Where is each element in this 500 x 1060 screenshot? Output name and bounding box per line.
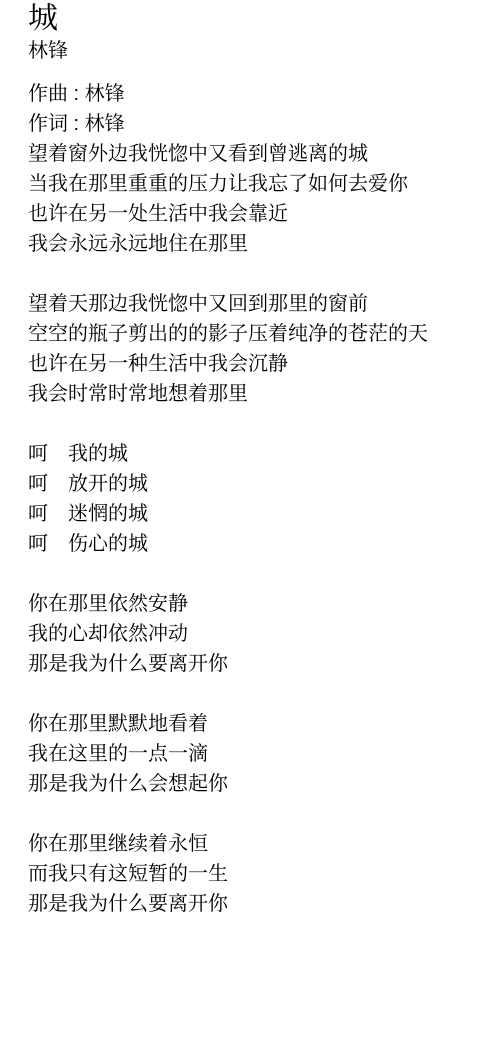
stanza-3: 呵 我的城 呵 放开的城 呵 迷惘的城 呵 伤心的城 [28, 439, 480, 559]
lyric-line: 呵 迷惘的城 [28, 499, 480, 529]
lyric-line: 那是我为什么要离开你 [28, 649, 480, 679]
lyric-line: 那是我为什么要离开你 [28, 889, 480, 919]
lyric-line: 也许在另一处生活中我会靠近 [28, 199, 480, 229]
lyrics-page: 城 林锋 作曲 : 林锋 作词 : 林锋 望着窗外边我恍惚中又看到曾逃离的城 当… [0, 0, 500, 919]
lyricist-credit: 作词 : 林锋 [28, 109, 480, 139]
lyric-line: 呵 伤心的城 [28, 529, 480, 559]
artist-name: 林锋 [28, 38, 480, 64]
composer-credit: 作曲 : 林锋 [28, 79, 480, 109]
credits-block: 作曲 : 林锋 作词 : 林锋 [28, 79, 480, 139]
stanza-5: 你在那里默默地看着 我在这里的一点一滴 那是我为什么会想起你 [28, 709, 480, 799]
lyric-line: 你在那里继续着永恒 [28, 829, 480, 859]
lyric-line: 那是我为什么会想起你 [28, 769, 480, 799]
lyric-line: 望着窗外边我恍惚中又看到曾逃离的城 [28, 139, 480, 169]
lyric-line: 我会时常时常地想着那里 [28, 379, 480, 409]
lyric-line: 我在这里的一点一滴 [28, 739, 480, 769]
lyric-line: 呵 我的城 [28, 439, 480, 469]
stanza-4: 你在那里依然安静 我的心却依然冲动 那是我为什么要离开你 [28, 589, 480, 679]
stanza-2: 望着天那边我恍惚中又回到那里的窗前 空空的瓶子剪出的的影子压着纯净的苍茫的天 也… [28, 289, 480, 409]
lyric-line: 望着天那边我恍惚中又回到那里的窗前 [28, 289, 480, 319]
lyric-line: 你在那里默默地看着 [28, 709, 480, 739]
lyric-line: 你在那里依然安静 [28, 589, 480, 619]
lyric-line: 我会永远永远地住在那里 [28, 229, 480, 259]
lyric-line: 呵 放开的城 [28, 469, 480, 499]
lyric-line: 也许在另一种生活中我会沉静 [28, 349, 480, 379]
lyric-line: 我的心却依然冲动 [28, 619, 480, 649]
song-title: 城 [28, 0, 480, 38]
stanza-6: 你在那里继续着永恒 而我只有这短暂的一生 那是我为什么要离开你 [28, 829, 480, 919]
stanza-1: 望着窗外边我恍惚中又看到曾逃离的城 当我在那里重重的压力让我忘了如何去爱你 也许… [28, 139, 480, 259]
lyric-line: 当我在那里重重的压力让我忘了如何去爱你 [28, 169, 480, 199]
lyric-line: 空空的瓶子剪出的的影子压着纯净的苍茫的天 [28, 319, 480, 349]
lyric-line: 而我只有这短暂的一生 [28, 859, 480, 889]
